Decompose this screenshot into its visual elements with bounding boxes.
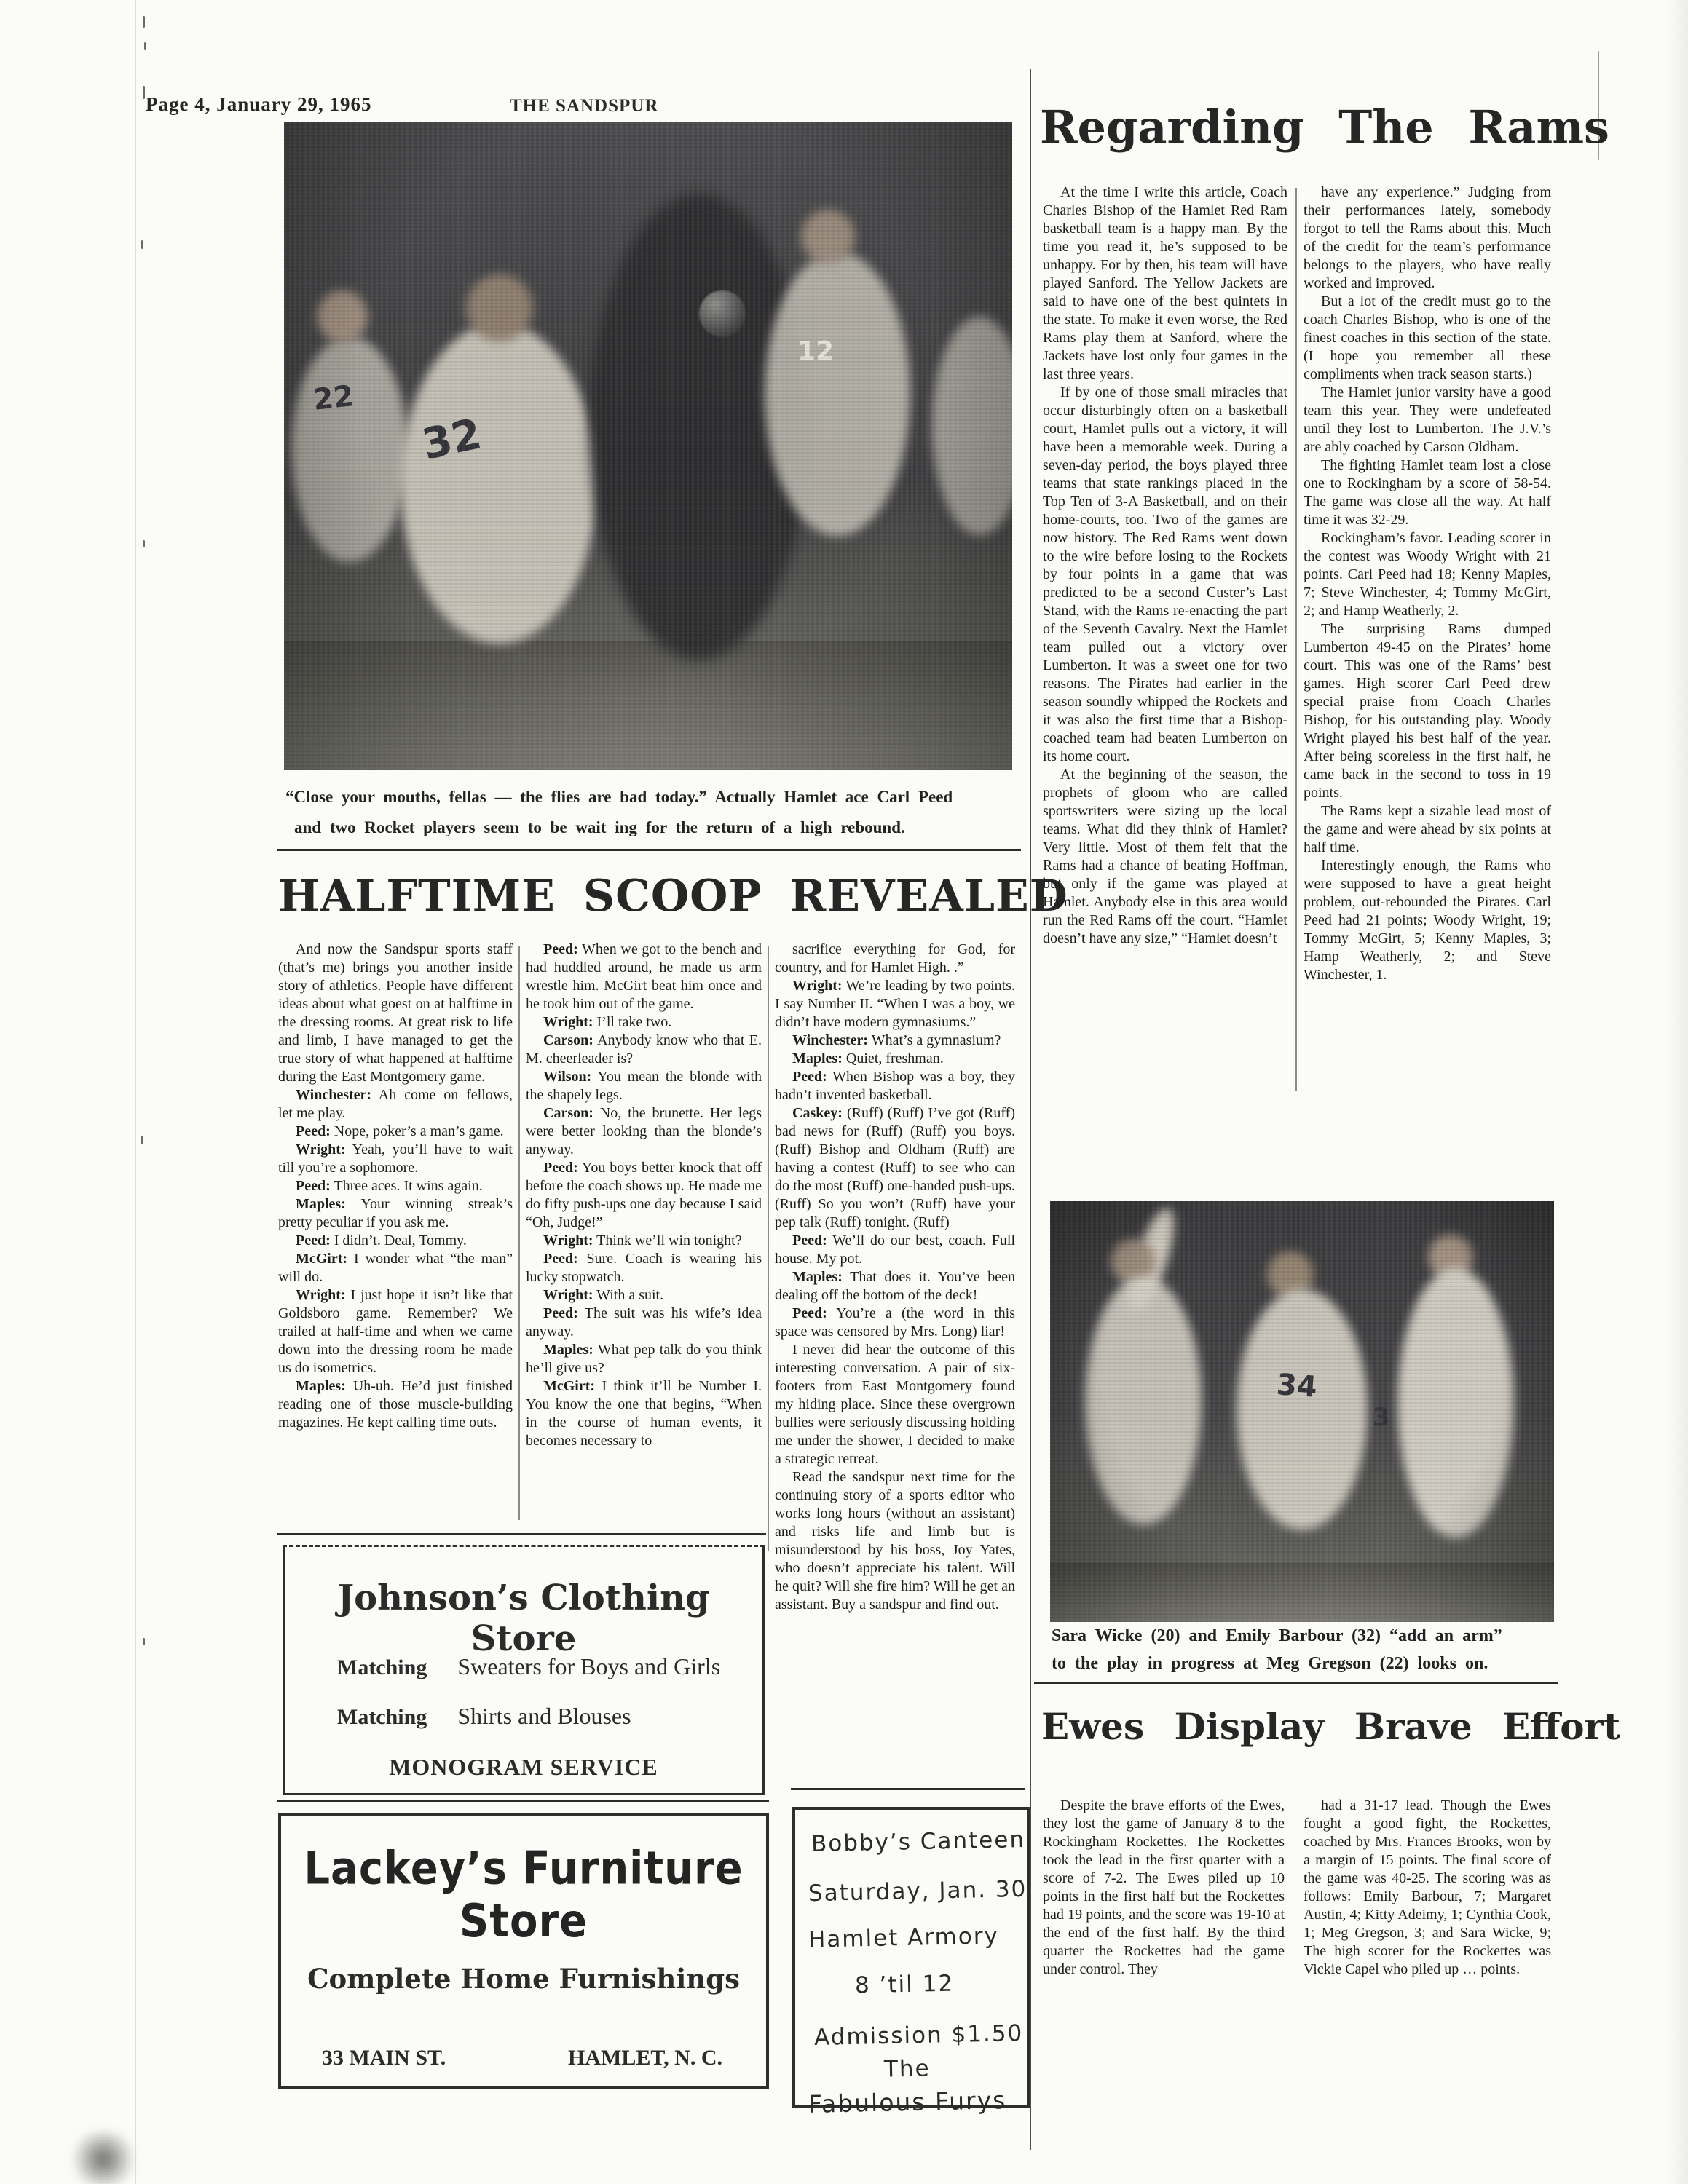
- paragraph: Peed: Three aces. It wins again.: [278, 1177, 513, 1195]
- johnsons-ad: Johnson’s Clothing Store MatchingSweater…: [283, 1545, 765, 1795]
- johnsons-ad-row1: MatchingSweaters for Boys and Girls: [337, 1653, 720, 1680]
- photo-vignette: [1050, 1201, 1554, 1622]
- scan-mark: [144, 42, 146, 50]
- johnsons-ad-row2: MatchingShirts and Blouses: [337, 1703, 631, 1730]
- paragraph: Peed: When Bishop was a boy, they hadn’t…: [775, 1068, 1015, 1104]
- ewes-headline: Ewes Display Brave Effort: [1041, 1705, 1620, 1748]
- rule: [1034, 1682, 1558, 1684]
- scan-mark: [141, 240, 143, 249]
- paragraph: Carson: No, the brunette. Her legs were …: [526, 1104, 762, 1159]
- paragraph: Wright: Think we’ll win tonight?: [526, 1232, 762, 1250]
- paragraph: At the beginning of the season, the prop…: [1043, 766, 1287, 948]
- photo-vignette: [284, 122, 1012, 770]
- ewes-column-2: had a 31-17 lead. Though the Ewes fought…: [1304, 1797, 1551, 1979]
- lackeys-ad-city: HAMLET, N. C.: [568, 2046, 722, 2070]
- paragraph: Peed: You’re a (the word in this space w…: [775, 1305, 1015, 1341]
- scan-crease: [135, 0, 136, 2184]
- photo-caption-right-line2: to the play in progress at Meg Gregson (…: [1052, 1654, 1561, 1674]
- ewes-column-1: Despite the brave efforts of the Ewes, t…: [1043, 1797, 1285, 1979]
- scan-edge: [1666, 0, 1688, 2184]
- paragraph: Peed: We’ll do our best, coach. Full hou…: [775, 1232, 1015, 1268]
- paragraph: The surprising Rams dumped Lumberton 49-…: [1304, 620, 1551, 802]
- column-rule: [768, 946, 769, 1551]
- rams-headline: Regarding The Rams: [1040, 100, 1609, 154]
- bobbys-line: Fabulous Furys: [808, 2086, 1007, 2118]
- paragraph: McGirt: I wonder what “the man” will do.: [278, 1250, 513, 1286]
- bobbys-line: Saturday, Jan. 30: [808, 1876, 1028, 1907]
- paragraph: Read the sandspur next time for the cont…: [775, 1468, 1015, 1614]
- paragraph: At the time I write this article, Coach …: [1043, 183, 1287, 384]
- halftime-column-2: Peed: When we got to the bench and had h…: [526, 941, 762, 1450]
- bobbys-line: 8 ’til 12: [855, 1971, 955, 1999]
- paragraph: Maples: That does it. You’ve been dealin…: [775, 1268, 1015, 1305]
- photo-caption-right-line1: Sara Wicke (20) and Emily Barbour (32) “…: [1052, 1626, 1561, 1646]
- lackeys-ad-address: 33 MAIN ST.: [322, 2046, 446, 2070]
- paragraph: Maples: Uh-uh. He’d just finished readin…: [278, 1377, 513, 1432]
- bobbys-line: The: [884, 2055, 931, 2082]
- paragraph: The Hamlet junior varsity have a good te…: [1304, 384, 1551, 456]
- paragraph: Caskey: (Ruff) (Ruff) I’ve got (Ruff) ba…: [775, 1104, 1015, 1232]
- halftime-column-1: And now the Sandspur sports staff (that’…: [278, 941, 513, 1432]
- photo-caption-left-line1: “Close your mouths, fellas — the flies a…: [285, 788, 1021, 807]
- photo-caption-left-line2: and two Rocket players seem to be wait i…: [294, 818, 1022, 837]
- basketball-photo-left: 22 32 12: [284, 122, 1012, 770]
- halftime-column-3: sacrifice everything for God, for countr…: [775, 941, 1015, 1614]
- paragraph: Despite the brave efforts of the Ewes, t…: [1043, 1797, 1285, 1979]
- paragraph: Wright: I just hope it isn’t like that G…: [278, 1286, 513, 1377]
- paragraph: Peed: The suit was his wife’s idea anywa…: [526, 1305, 762, 1341]
- johnsons-row2-text: Shirts and Blouses: [457, 1703, 631, 1729]
- paragraph: I never did hear the outcome of this int…: [775, 1341, 1015, 1468]
- paragraph: Maples: What pep talk do you think he’ll…: [526, 1341, 762, 1377]
- rule: [277, 1800, 769, 1802]
- scan-smudge: [67, 2132, 140, 2184]
- lackeys-ad-tagline: Complete Home Furnishings: [281, 1963, 766, 1995]
- scan-mark: [141, 1136, 143, 1144]
- paragraph: Peed: Nope, poker’s a man’s game.: [278, 1123, 513, 1141]
- paragraph: Wright: Yeah, you’ll have to wait till y…: [278, 1141, 513, 1177]
- column-rule: [1295, 188, 1297, 1091]
- rams-column-1: At the time I write this article, Coach …: [1043, 183, 1287, 948]
- paragraph: Peed: When we got to the bench and had h…: [526, 941, 762, 1013]
- paragraph: Rockingham’s favor. Leading scorer in th…: [1304, 529, 1551, 620]
- column-rule: [518, 946, 520, 1520]
- paragraph: And now the Sandspur sports staff (that’…: [278, 941, 513, 1086]
- paragraph: have any experience.” Judging from their…: [1304, 183, 1551, 293]
- paragraph: But a lot of the credit must go to the c…: [1304, 293, 1551, 384]
- paragraph: If by one of those small miracles that o…: [1043, 384, 1287, 766]
- scan-mark: [143, 1638, 145, 1645]
- rule: [277, 1533, 766, 1535]
- paragraph: Peed: I didn’t. Deal, Tommy.: [278, 1232, 513, 1250]
- paragraph: Interestingly enough, the Rams who were …: [1304, 857, 1551, 984]
- paragraph: Peed: Sure. Coach is wearing his lucky s…: [526, 1250, 762, 1286]
- rams-column-2: have any experience.” Judging from their…: [1304, 183, 1551, 984]
- rule: [277, 849, 1021, 851]
- paragraph: Wright: We’re leading by two points. I s…: [775, 977, 1015, 1032]
- basketball-photo-right: 34 3: [1050, 1201, 1554, 1622]
- paragraph: Winchester: What’s a gymnasium?: [775, 1032, 1015, 1050]
- paragraph: sacrifice everything for God, for countr…: [775, 941, 1015, 977]
- paragraph: Maples: Quiet, freshman.: [775, 1050, 1015, 1068]
- johnsons-row1-label: Matching: [337, 1655, 427, 1679]
- johnsons-ad-footer: MONOGRAM SERVICE: [285, 1754, 762, 1781]
- paragraph: Winchester: Ah come on fellows, let me p…: [278, 1086, 513, 1123]
- paragraph: McGirt: I think it’ll be Number I. You k…: [526, 1377, 762, 1450]
- scan-mark: [143, 540, 145, 547]
- paragraph: Carson: Anybody know who that E. M. chee…: [526, 1032, 762, 1068]
- masthead: THE SANDSPUR: [510, 96, 658, 116]
- rule: [791, 1788, 1025, 1790]
- paragraph: The fighting Hamlet team lost a close on…: [1304, 456, 1551, 529]
- scan-mark: [143, 86, 145, 99]
- paragraph: had a 31-17 lead. Though the Ewes fought…: [1304, 1797, 1551, 1979]
- bobbys-line: Hamlet Armory: [808, 1923, 1000, 1952]
- bobbys-ad: Bobby’s Canteen Saturday, Jan. 30 Hamlet…: [792, 1807, 1030, 2108]
- lackeys-ad-title: Lackey’s Furniture Store: [281, 1842, 766, 1948]
- newspaper-page: Page 4, January 29, 1965 THE SANDSPUR 22…: [0, 0, 1688, 2184]
- paragraph: Peed: You boys better knock that off bef…: [526, 1159, 762, 1232]
- section-rule: [1030, 69, 1031, 2150]
- halftime-headline: HALFTIME SCOOP REVEALED: [278, 871, 1068, 922]
- bobbys-line: Bobby’s Canteen: [811, 1827, 1026, 1857]
- johnsons-row2-label: Matching: [337, 1705, 427, 1729]
- paragraph: The Rams kept a sizable lead most of the…: [1304, 802, 1551, 857]
- paragraph: Wright: With a suit.: [526, 1286, 762, 1305]
- paragraph: Wright: I’ll take two.: [526, 1013, 762, 1032]
- johnsons-ad-title: Johnson’s Clothing Store: [285, 1578, 762, 1659]
- johnsons-row1-text: Sweaters for Boys and Girls: [457, 1653, 720, 1679]
- lackeys-ad: Lackey’s Furniture Store Complete Home F…: [278, 1813, 769, 2089]
- scan-mark: [143, 16, 145, 28]
- paragraph: Wilson: You mean the blonde with the sha…: [526, 1068, 762, 1104]
- bobbys-line: Admission $1.50: [814, 2020, 1024, 2051]
- paragraph: Maples: Your winning streak’s pretty pec…: [278, 1195, 513, 1232]
- page-info: Page 4, January 29, 1965: [146, 93, 372, 116]
